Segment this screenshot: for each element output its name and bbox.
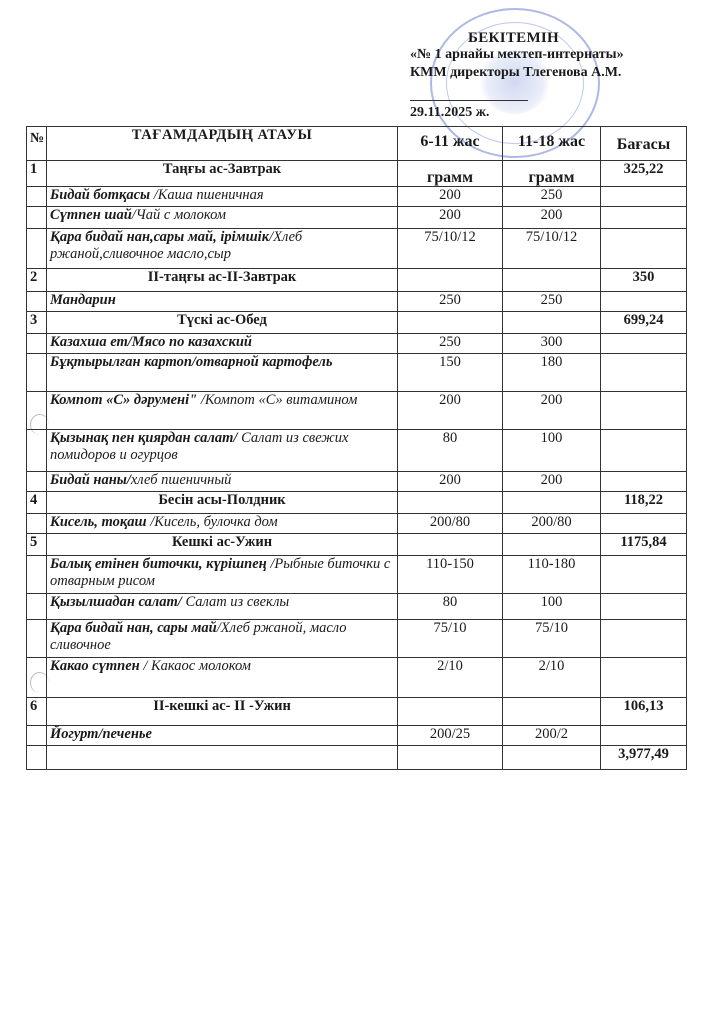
empty-cell bbox=[27, 726, 47, 746]
dish-row: Какао сүтпен / Какаос молоком2/102/10 bbox=[27, 658, 687, 698]
portion-11-18: 200 bbox=[503, 207, 601, 229]
empty-cell bbox=[601, 207, 687, 229]
school-name: «№ 1 арнайы мектеп-интернаты» bbox=[410, 46, 624, 63]
dish-row: Қызылшадан салат/ Салат из свеклы80100 bbox=[27, 594, 687, 620]
approval-date: 29.11.2025 ж. bbox=[410, 104, 489, 121]
dish-name: Балық етінен биточки, күрішпең /Рыбные б… bbox=[47, 556, 398, 594]
portion-6-11: 110-150 bbox=[398, 556, 503, 594]
dish-row: Балық етінен биточки, күрішпең /Рыбные б… bbox=[27, 556, 687, 594]
menu-table: № ТАҒАМДАРДЫҢ АТАУЫ 6-11 жас 11-18 жас Б… bbox=[26, 126, 687, 770]
portion-11-18: 75/10 bbox=[503, 620, 601, 658]
dish-name: Сүтпен шай/Чай с молоком bbox=[47, 207, 398, 229]
empty-cell bbox=[601, 556, 687, 594]
dish-name-ru: хлеб пшеничный bbox=[131, 472, 232, 488]
portion-6-11: 200 bbox=[398, 472, 503, 492]
dish-name: Бидай ботқасы /Каша пшеничная bbox=[47, 187, 398, 207]
meal-row: 1Таңғы ас-Завтракграммграмм325,22 bbox=[27, 161, 687, 187]
portion-11-18: 200/80 bbox=[503, 514, 601, 534]
empty-cell bbox=[27, 430, 47, 472]
empty-cell bbox=[27, 354, 47, 392]
portion-6-11: 2/10 bbox=[398, 658, 503, 698]
portion-6-11: 200 bbox=[398, 207, 503, 229]
empty-cell bbox=[503, 269, 601, 292]
portion-6-11: 200 bbox=[398, 187, 503, 207]
portion-6-11: 200 bbox=[398, 392, 503, 430]
portion-11-18: 300 bbox=[503, 334, 601, 354]
meal-row: 2II-таңғы ас-II-Завтрак350 bbox=[27, 269, 687, 292]
portion-6-11: 200/25 bbox=[398, 726, 503, 746]
dish-name: Қара бидай нан, сары май/Хлеб ржаной, ма… bbox=[47, 620, 398, 658]
dish-name-kz: Бидай ботқасы bbox=[50, 187, 150, 203]
dish-name: Қызынақ пен қиярдан салат/ Салат из свеж… bbox=[47, 430, 398, 472]
empty-cell bbox=[27, 187, 47, 207]
empty-cell bbox=[601, 658, 687, 698]
dish-name-kz: Бұқтырылған картоп/отварной картофель bbox=[50, 354, 332, 370]
dish-name-ru: Салат из свеклы bbox=[182, 594, 289, 610]
portion-11-18: 75/10/12 bbox=[503, 229, 601, 269]
empty-cell bbox=[601, 514, 687, 534]
unit-11-18: грамм bbox=[503, 161, 601, 187]
portion-11-18: 180 bbox=[503, 354, 601, 392]
empty-cell bbox=[601, 292, 687, 312]
dish-name: Йогурт/печенье bbox=[47, 726, 398, 746]
dish-name-ru: /Компот «С» витамином bbox=[197, 392, 357, 408]
empty-cell bbox=[27, 392, 47, 430]
empty-cell bbox=[601, 620, 687, 658]
empty-cell bbox=[27, 292, 47, 312]
portion-11-18: 200 bbox=[503, 472, 601, 492]
dish-row: Қара бидай нан, сары май/Хлеб ржаной, ма… bbox=[27, 620, 687, 658]
empty-cell bbox=[27, 658, 47, 698]
portion-11-18: 2/10 bbox=[503, 658, 601, 698]
empty-cell bbox=[601, 392, 687, 430]
meal-price: 118,22 bbox=[601, 492, 687, 514]
empty-cell bbox=[601, 430, 687, 472]
empty-cell bbox=[601, 472, 687, 492]
dish-name-kz: Балық етінен биточки, күрішпең bbox=[50, 556, 267, 572]
empty-cell bbox=[27, 334, 47, 354]
dish-name-kz: Казахша ет/Мясо по казахский bbox=[50, 334, 252, 350]
dish-name-kz: Компот «С» дәрумені" bbox=[50, 392, 197, 408]
dish-name-ru: /Кисель, булочка дом bbox=[147, 514, 278, 530]
header-price: Бағасы bbox=[601, 127, 687, 161]
dish-row: Мандарин250250 bbox=[27, 292, 687, 312]
dish-name-kz: Кисель, тоқаш bbox=[50, 514, 147, 530]
meal-number: 3 bbox=[27, 312, 47, 334]
dish-row: Йогурт/печенье200/25200/2 bbox=[27, 726, 687, 746]
portion-6-11: 200/80 bbox=[398, 514, 503, 534]
empty-cell bbox=[27, 229, 47, 269]
director-name: КММ директоры Тлегенова А.М. bbox=[410, 64, 621, 81]
meal-row: 3Түскі ас-Обед699,24 bbox=[27, 312, 687, 334]
empty-cell bbox=[503, 698, 601, 726]
meal-number: 1 bbox=[27, 161, 47, 187]
dish-name-ru: /Каша пшеничная bbox=[150, 187, 264, 203]
dish-name: Қара бидай нан,сары май, ірімшік/Хлеб рж… bbox=[47, 229, 398, 269]
dish-row: Бұқтырылған картоп/отварной картофель150… bbox=[27, 354, 687, 392]
header-num: № bbox=[27, 127, 47, 161]
meal-number: 6 bbox=[27, 698, 47, 726]
meal-number: 2 bbox=[27, 269, 47, 292]
portion-6-11: 80 bbox=[398, 594, 503, 620]
dish-name: Компот «С» дәрумені" /Компот «С» витамин… bbox=[47, 392, 398, 430]
dish-row: Бидай ботқасы /Каша пшеничная200250 bbox=[27, 187, 687, 207]
meal-number: 5 bbox=[27, 534, 47, 556]
header-age-11-18: 11-18 жас bbox=[503, 127, 601, 161]
empty-cell bbox=[601, 594, 687, 620]
empty-cell bbox=[27, 620, 47, 658]
dish-name-kz: Мандарин bbox=[50, 292, 116, 308]
approval-title: БЕКІТЕМІН bbox=[468, 30, 559, 47]
empty-cell bbox=[27, 207, 47, 229]
empty-cell bbox=[601, 229, 687, 269]
empty-cell bbox=[27, 594, 47, 620]
dish-row: Бидай наны/хлеб пшеничный200200 bbox=[27, 472, 687, 492]
header-name: ТАҒАМДАРДЫҢ АТАУЫ bbox=[47, 127, 398, 161]
meal-title: Бесін асы-Полдник bbox=[47, 492, 398, 514]
dish-row: Сүтпен шай/Чай с молоком200200 bbox=[27, 207, 687, 229]
dish-name-kz: Сүтпен шай bbox=[50, 207, 132, 223]
dish-name-ru: /Чай с молоком bbox=[132, 207, 226, 223]
meal-title: II-таңғы ас-II-Завтрак bbox=[47, 269, 398, 292]
empty-cell bbox=[398, 492, 503, 514]
empty-cell bbox=[601, 187, 687, 207]
total-price: 3,977,49 bbox=[601, 746, 687, 770]
portion-6-11: 75/10/12 bbox=[398, 229, 503, 269]
portion-11-18: 250 bbox=[503, 187, 601, 207]
meal-title: Таңғы ас-Завтрак bbox=[47, 161, 398, 187]
empty-cell bbox=[27, 472, 47, 492]
dish-name-kz: Бидай наны/ bbox=[50, 472, 131, 488]
empty-cell bbox=[398, 312, 503, 334]
meal-title: II-кешкі ас- II -Ужин bbox=[47, 698, 398, 726]
empty-cell bbox=[47, 746, 398, 770]
meal-title: Түскі ас-Обед bbox=[47, 312, 398, 334]
empty-cell bbox=[601, 726, 687, 746]
dish-name-kz: Йогурт/печенье bbox=[50, 726, 152, 742]
dish-name-kz: Қара бидай нан, сары май bbox=[50, 620, 217, 636]
meal-row: 4Бесін асы-Полдник118,22 bbox=[27, 492, 687, 514]
portion-11-18: 100 bbox=[503, 594, 601, 620]
empty-cell bbox=[601, 354, 687, 392]
dish-name-kz: Қызылшадан салат/ bbox=[50, 594, 182, 610]
portion-6-11: 250 bbox=[398, 292, 503, 312]
empty-cell bbox=[27, 556, 47, 594]
meal-price: 699,24 bbox=[601, 312, 687, 334]
empty-cell bbox=[398, 534, 503, 556]
portion-6-11: 75/10 bbox=[398, 620, 503, 658]
header-age-6-11: 6-11 жас bbox=[398, 127, 503, 161]
empty-cell bbox=[503, 534, 601, 556]
dish-name-kz: Қызынақ пен қиярдан салат/ bbox=[50, 430, 237, 446]
portion-11-18: 200/2 bbox=[503, 726, 601, 746]
empty-cell bbox=[398, 269, 503, 292]
empty-cell bbox=[27, 746, 47, 770]
dish-row: Кисель, тоқаш /Кисель, булочка дом200/80… bbox=[27, 514, 687, 534]
meal-row: 6II-кешкі ас- II -Ужин106,13 bbox=[27, 698, 687, 726]
dish-name: Казахша ет/Мясо по казахский bbox=[47, 334, 398, 354]
dish-name: Қызылшадан салат/ Салат из свеклы bbox=[47, 594, 398, 620]
meal-title: Кешкі ас-Ужин bbox=[47, 534, 398, 556]
dish-name: Кисель, тоқаш /Кисель, булочка дом bbox=[47, 514, 398, 534]
meal-price: 350 bbox=[601, 269, 687, 292]
dish-name: Мандарин bbox=[47, 292, 398, 312]
portion-11-18: 200 bbox=[503, 392, 601, 430]
portion-6-11: 250 bbox=[398, 334, 503, 354]
portion-6-11: 80 bbox=[398, 430, 503, 472]
portion-11-18: 250 bbox=[503, 292, 601, 312]
dish-name: Бұқтырылған картоп/отварной картофель bbox=[47, 354, 398, 392]
empty-cell bbox=[503, 312, 601, 334]
dish-row: Қара бидай нан,сары май, ірімшік/Хлеб рж… bbox=[27, 229, 687, 269]
header-row: № ТАҒАМДАРДЫҢ АТАУЫ 6-11 жас 11-18 жас Б… bbox=[27, 127, 687, 161]
dish-row: Казахша ет/Мясо по казахский250300 bbox=[27, 334, 687, 354]
dish-row: Компот «С» дәрумені" /Компот «С» витамин… bbox=[27, 392, 687, 430]
dish-name-kz: Какао сүтпен bbox=[50, 658, 140, 674]
portion-11-18: 110-180 bbox=[503, 556, 601, 594]
meal-price: 325,22 bbox=[601, 161, 687, 187]
empty-cell bbox=[601, 334, 687, 354]
dish-row: Қызынақ пен қиярдан салат/ Салат из свеж… bbox=[27, 430, 687, 472]
dish-name-kz: Қара бидай нан,сары май, ірімшік bbox=[50, 229, 269, 245]
dish-name: Какао сүтпен / Какаос молоком bbox=[47, 658, 398, 698]
unit-6-11: грамм bbox=[398, 161, 503, 187]
meal-row: 5Кешкі ас-Ужин1175,84 bbox=[27, 534, 687, 556]
portion-6-11: 150 bbox=[398, 354, 503, 392]
portion-11-18: 100 bbox=[503, 430, 601, 472]
empty-cell bbox=[27, 514, 47, 534]
empty-cell bbox=[503, 492, 601, 514]
meal-number: 4 bbox=[27, 492, 47, 514]
dish-name: Бидай наны/хлеб пшеничный bbox=[47, 472, 398, 492]
signature-line bbox=[410, 100, 528, 101]
meal-price: 106,13 bbox=[601, 698, 687, 726]
empty-cell bbox=[398, 698, 503, 726]
total-row: 3,977,49 bbox=[27, 746, 687, 770]
meal-price: 1175,84 bbox=[601, 534, 687, 556]
empty-cell bbox=[398, 746, 503, 770]
dish-name-ru: / Какаос молоком bbox=[140, 658, 251, 674]
empty-cell bbox=[503, 746, 601, 770]
